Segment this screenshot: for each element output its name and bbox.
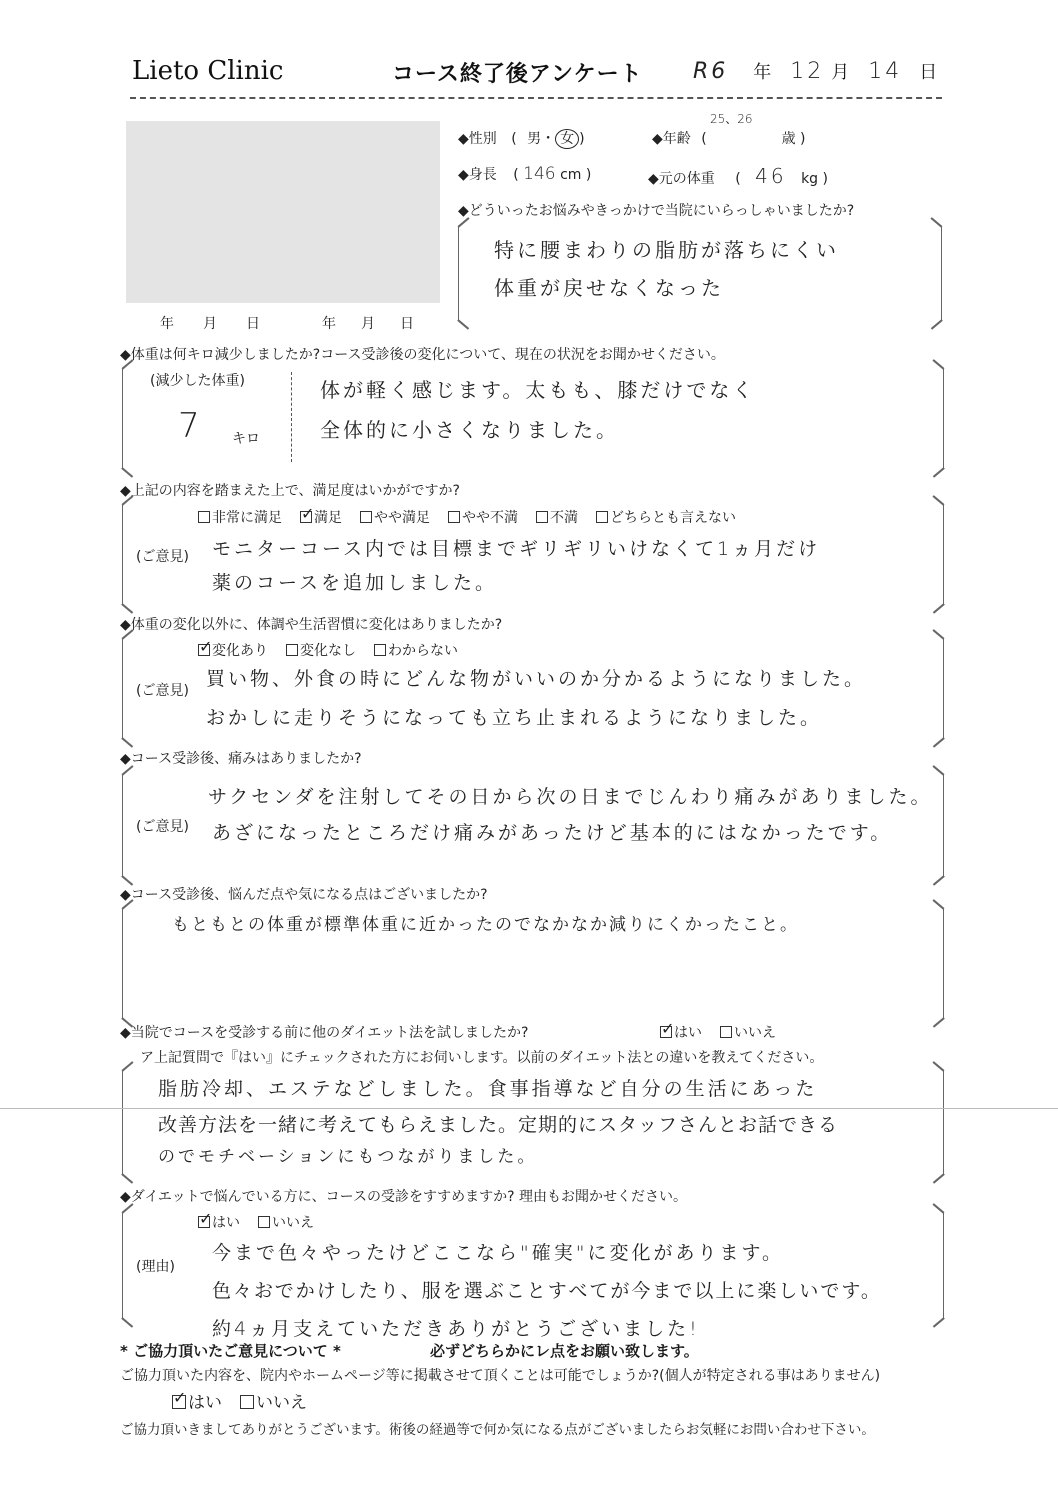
answer-recommend-line-2[interactable]: 色々おでかけしたり、服を選ぶことすべてが今まで以上に楽しいです。: [212, 1276, 882, 1303]
checkbox-checked[interactable]: [660, 1026, 672, 1038]
bracket-right: [930, 908, 944, 1018]
weight-unit: kg: [801, 171, 818, 187]
gender-field: ◆性別 ( 男・女): [458, 128, 585, 148]
option-label: はい: [674, 1025, 702, 1041]
checkbox[interactable]: [258, 1216, 270, 1228]
answer-other-diet-line-2[interactable]: 改善方法を一緒に考えてもらえました。定期的にスタッフさんとお話できる: [158, 1110, 838, 1137]
consent-instruction: 必ずどちらかにレ点をお願い致します。: [430, 1340, 699, 1361]
height-field: ◆身長 ( 146 cm ): [458, 164, 591, 184]
option-neither[interactable]: どちらとも言えない: [596, 507, 736, 527]
date-day: 14: [868, 59, 902, 84]
option-label: やや不満: [462, 510, 518, 526]
answer-pain-line-1[interactable]: サクセンダを注射してその日から次の日までじんわり痛みがありました。: [208, 782, 932, 809]
answer-recommend-line-3[interactable]: 約4ヵ月支えていただきありがとうございました!: [212, 1314, 700, 1341]
bracket-right: [930, 1070, 944, 1174]
comment-label: (ご意見): [136, 816, 189, 836]
lifestyle-options: 変化あり 変化なし わからない: [198, 640, 476, 660]
checkbox[interactable]: [360, 511, 372, 523]
answer-lifestyle-line-2[interactable]: おかしに走りそうになっても立ち止まれるようになりました。: [206, 703, 822, 730]
bracket-right: [930, 638, 944, 738]
height-unit: cm: [560, 167, 581, 183]
consent-option-no[interactable]: いいえ: [240, 1388, 307, 1413]
option-label: はい: [212, 1215, 240, 1231]
reason-label: (理由): [136, 1256, 175, 1276]
date-year-label: 年: [753, 62, 771, 83]
question-recommend: ◆ダイエットで悩んでいる方に、コースの受診をすすめますか? 理由もお聞かせくださ…: [120, 1186, 687, 1206]
consent-options: はい いいえ: [172, 1388, 325, 1413]
option-no-change[interactable]: 変化なし: [286, 640, 356, 660]
weight-loss-unit: キロ: [232, 428, 260, 448]
consent-option-yes[interactable]: はい: [172, 1388, 222, 1413]
option-label: いいえ: [256, 1393, 307, 1413]
option-changed[interactable]: 変化あり: [198, 640, 268, 660]
question-lifestyle: ◆体重の変化以外に、体調や生活習慣に変化はありましたか?: [120, 614, 502, 634]
option-label: 非常に満足: [212, 510, 282, 526]
photo-date-before: 年 月 日: [160, 313, 260, 333]
date-month-label: 月: [831, 62, 849, 83]
gender-option-female[interactable]: 女: [555, 129, 579, 149]
date-month: 12: [790, 59, 824, 84]
question-weight-loss: ◆体重は何キロ減少しましたか?コース受診後の変化について、現在の状況をお聞かせく…: [120, 344, 725, 364]
checkbox[interactable]: [536, 511, 548, 523]
question-concerns: ◆コース受診後、悩んだ点や気になる点はございましたか?: [120, 884, 488, 904]
answer-satisfaction-line-1[interactable]: モニターコース内では目標までギリギリいけなくて1ヵ月だけ: [212, 534, 820, 561]
answer-satisfaction-line-2[interactable]: 薬のコースを追加しました。: [212, 568, 497, 595]
age-unit: 歳: [782, 131, 796, 147]
option-label: 不満: [550, 510, 578, 526]
bracket-right: [930, 1212, 944, 1318]
height-value[interactable]: 146: [523, 164, 555, 184]
checkbox[interactable]: [596, 511, 608, 523]
answer-reason-line-2[interactable]: 体重が戻せなくなった: [494, 272, 724, 301]
gender-option-male[interactable]: 男: [527, 131, 541, 147]
weight-loss-label: (減少した体重): [150, 370, 245, 390]
consent-question: ご協力頂いた内容を、院内やホームページ等に掲載させて頂くことは可能でしょうか?(…: [120, 1365, 880, 1385]
option-label: 変化なし: [300, 643, 356, 659]
other-diet-options: はい いいえ: [660, 1022, 794, 1042]
day-label: 日: [246, 313, 260, 333]
answer-other-diet-line-3[interactable]: のでモチベーションにもつながりました。: [158, 1142, 537, 1167]
checkbox[interactable]: [720, 1026, 732, 1038]
option-yes[interactable]: はい: [198, 1212, 240, 1232]
gender-label: ◆性別: [458, 131, 497, 147]
checkbox[interactable]: [448, 511, 460, 523]
bracket-left: [122, 368, 136, 468]
recommend-options: はい いいえ: [198, 1212, 332, 1232]
age-field: ◆年齢 ( 歳 ): [652, 128, 806, 148]
satisfaction-options: 非常に満足 満足 やや満足 やや不満 不満 どちらとも言えない: [198, 507, 754, 527]
date-era-year: R6: [693, 59, 728, 84]
option-label: いいえ: [272, 1215, 314, 1231]
bracket-right: [928, 226, 942, 320]
consent-title: * ご協力頂いたご意見について *: [120, 1340, 341, 1361]
answer-weight-loss-line-2[interactable]: 全体的に小さくなりました。: [320, 414, 619, 443]
comment-label: (ご意見): [136, 680, 189, 700]
checkbox-checked[interactable]: [198, 1216, 210, 1228]
original-weight-field: ◆元の体重 ( 46 kg ): [648, 164, 828, 188]
checkbox-checked[interactable]: [172, 1395, 186, 1409]
bracket-left: [122, 638, 136, 738]
checkbox[interactable]: [240, 1395, 254, 1409]
question-satisfaction: ◆上記の内容を踏まえた上で、満足度はいかがですか?: [120, 480, 460, 500]
option-unknown[interactable]: わからない: [374, 640, 458, 660]
option-very-satisfied[interactable]: 非常に満足: [198, 507, 282, 527]
header-divider: [130, 97, 942, 99]
date-day-label: 日: [919, 62, 937, 83]
checkbox[interactable]: [286, 644, 298, 656]
option-label: いいえ: [734, 1025, 776, 1041]
year-label: 年: [322, 313, 336, 333]
checkbox-checked[interactable]: [300, 511, 312, 523]
scan-line: [0, 1108, 1058, 1109]
option-label: 変化あり: [212, 643, 268, 659]
weight-loss-value[interactable]: 7: [178, 406, 203, 446]
height-label: ◆身長: [458, 167, 497, 183]
day-label: 日: [400, 313, 414, 333]
option-no[interactable]: いいえ: [258, 1212, 314, 1232]
clinic-name: Lieto Clinic: [132, 56, 283, 86]
checkbox[interactable]: [374, 644, 386, 656]
option-label: わからない: [388, 643, 458, 659]
answer-pain-line-2[interactable]: あざになったところだけ痛みがあったけど基本的にはなかったです。: [212, 818, 892, 845]
answer-other-diet-line-1[interactable]: 脂肪冷却、エステなどしました。食事指導など自分の生活にあった: [158, 1074, 817, 1101]
option-somewhat-dissatisfied[interactable]: やや不満: [448, 507, 518, 527]
bracket-left: [122, 774, 136, 876]
comment-label: (ご意見): [136, 546, 189, 566]
photo-placeholder: [126, 121, 440, 303]
answer-weight-loss-line-1[interactable]: 体が軽く感じます。太もも、膝だけでなく: [320, 374, 755, 403]
checkbox-checked[interactable]: [198, 644, 210, 656]
answer-concerns-line-1[interactable]: もともとの体重が標準体重に近かったのでなかなか減りにくかったこと。: [172, 910, 799, 935]
question-reason: ◆どういったお悩みやきっかけで当院にいらっしゃいましたか?: [458, 200, 854, 220]
option-label: どちらとも言えない: [610, 510, 736, 526]
option-dissatisfied[interactable]: 不満: [536, 507, 578, 527]
photo-date-after: 年 月 日: [322, 313, 414, 333]
option-label: 満足: [314, 510, 342, 526]
month-label: 月: [361, 313, 375, 333]
bracket-left: [458, 226, 472, 320]
answer-recommend-line-1[interactable]: 今まで色々やったけどここなら"確実"に変化があります。: [212, 1238, 784, 1265]
weight-loss-divider: [291, 372, 292, 462]
option-no[interactable]: いいえ: [720, 1022, 776, 1042]
option-label: やや満足: [374, 510, 430, 526]
answer-reason-line-1[interactable]: 特に腰まわりの脂肪が落ちにくい: [494, 234, 839, 263]
sub-question-other-diet: ア上記質問で『はい』にチェックされた方にお伺いします。以前のダイエット法との違い…: [140, 1047, 823, 1067]
bracket-left: [122, 504, 136, 604]
option-somewhat-satisfied[interactable]: やや満足: [360, 507, 430, 527]
option-label: はい: [188, 1393, 222, 1413]
question-pain: ◆コース受診後、痛みはありましたか?: [120, 748, 362, 768]
age-label: ◆年齢: [652, 131, 691, 147]
answer-lifestyle-line-1[interactable]: 買い物、外食の時にどんな物がいいのか分かるようになりました。: [206, 664, 866, 691]
bracket-left: [122, 908, 136, 1018]
bracket-right: [930, 368, 944, 468]
bracket-left: [122, 1212, 136, 1318]
year-label: 年: [160, 313, 174, 333]
weight-value[interactable]: 46: [755, 164, 786, 188]
form-date: R6 年 12 月 14 日: [693, 58, 937, 84]
weight-label: ◆元の体重: [648, 171, 715, 187]
age-value[interactable]: 25、26: [710, 110, 753, 127]
bracket-right: [930, 504, 944, 604]
checkbox[interactable]: [198, 511, 210, 523]
option-yes[interactable]: はい: [660, 1022, 702, 1042]
option-satisfied[interactable]: 満足: [300, 507, 342, 527]
bracket-left: [122, 1070, 136, 1174]
month-label: 月: [203, 313, 217, 333]
question-other-diet: ◆当院でコースを受診する前に他のダイエット法を試しましたか?: [120, 1022, 528, 1042]
form-title: コース終了後アンケート: [392, 57, 643, 88]
footer-thanks: ご協力頂いきましてありがとうございます。術後の経過等で何か気になる点がございまし…: [120, 1418, 875, 1438]
